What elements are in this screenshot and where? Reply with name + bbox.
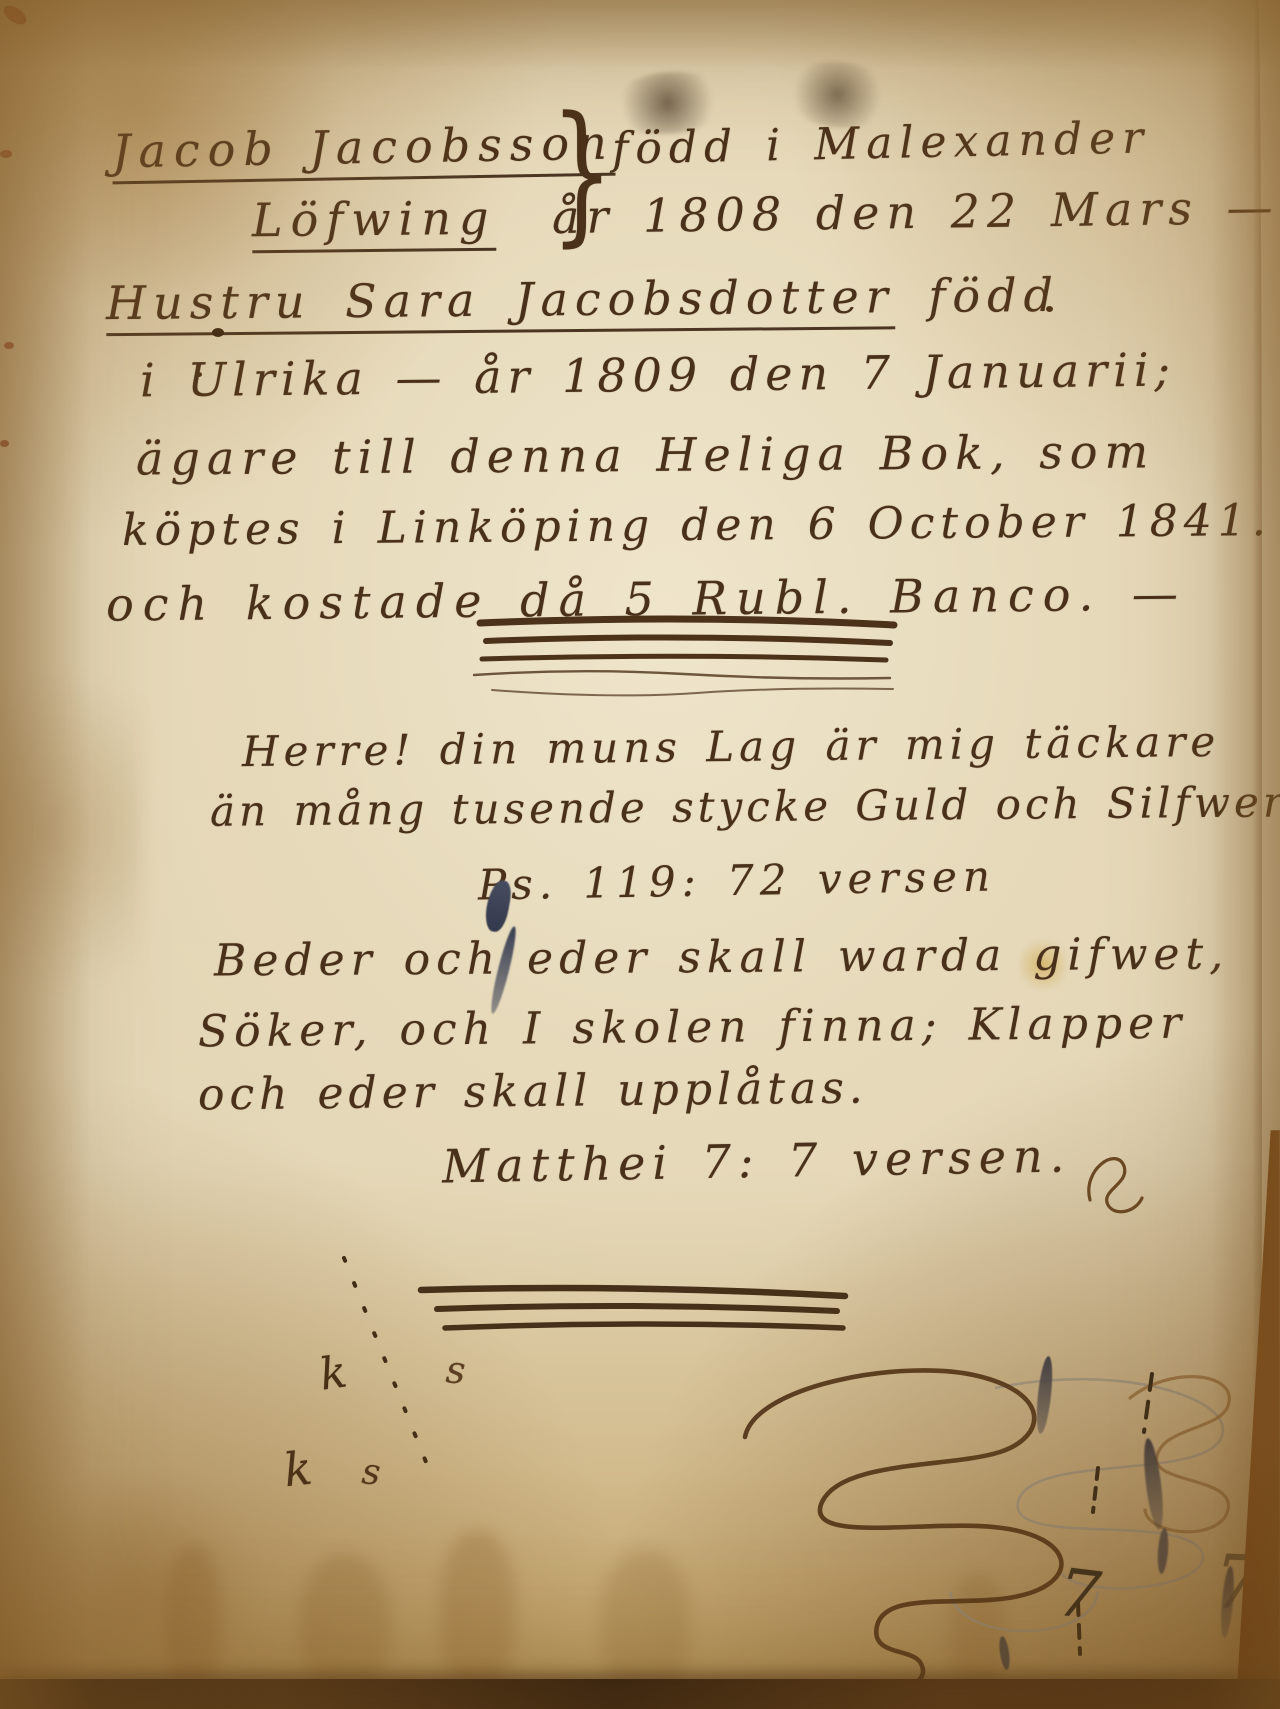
husband-born-line2: år 1808 den 22 Mars — [552,180,1280,244]
book-binding-bottom [0,1679,1280,1709]
flourish-separator-1 [470,612,910,702]
owner-line1: ägare till denna Heliga Bok, som [136,424,1155,485]
wife-line1: Hustru Sara Jacobsdotter född [106,268,1060,330]
wife-line2: i Ulrika — år 1809 den 7 Januarii; [140,343,1177,408]
red-speck [0,440,9,447]
water-streak-4 [600,1550,690,1700]
husband-surname: Löfwing [252,191,497,254]
practice-letter-s1: s [444,1347,467,1392]
flourish-mark [1078,1142,1150,1222]
matthew-reference: Matthei 7: 7 versen. [442,1129,1072,1194]
wife-born-word: född [895,268,1061,323]
husband-name-line: Jacob Jacobsson [112,116,616,179]
red-speck [4,342,14,349]
practice-letter-k2: k [281,1441,314,1498]
stain-bottom-left [10,1480,270,1700]
matthew-line1: Beder och eder skall warda gifwet, [214,928,1229,986]
owner-line2: köptes i Linköping den 6 October 1841. [122,495,1272,556]
wife-name: Hustru Sara Jacobsdotter [106,269,895,336]
flourish-separator-2 [415,1282,855,1342]
husband-born-line1: född i Malexander [612,112,1151,174]
practice-letter-s2: s [360,1451,382,1493]
matthew-line3: och eder skall upplåtas. [198,1062,868,1120]
water-streak-2 [300,1555,390,1695]
husband-surname-line: Löfwing [252,191,497,248]
ink-dotted-trail [330,1250,450,1480]
spiral-doodle [700,1340,1260,1695]
water-streak-3 [440,1530,515,1695]
red-speck [0,150,12,158]
psalm-line2: än mång tusende stycke Guld och Silfwer. [210,777,1280,836]
red-speck [0,2,29,28]
stain-left-mid [0,620,140,1040]
husband-name: Jacob Jacobsson [112,116,616,185]
psalm-reference: Ps. 119: 72 versen [478,851,997,909]
matthew-line2: Söker, och I skolen finna; Klapper [198,998,1188,1058]
psalm-line1: Herre! din muns Lag är mig täckare [242,717,1221,776]
water-streak-1 [165,1545,220,1695]
manuscript-page: Jacob Jacobsson } född i Malexander Löfw… [0,0,1280,1709]
